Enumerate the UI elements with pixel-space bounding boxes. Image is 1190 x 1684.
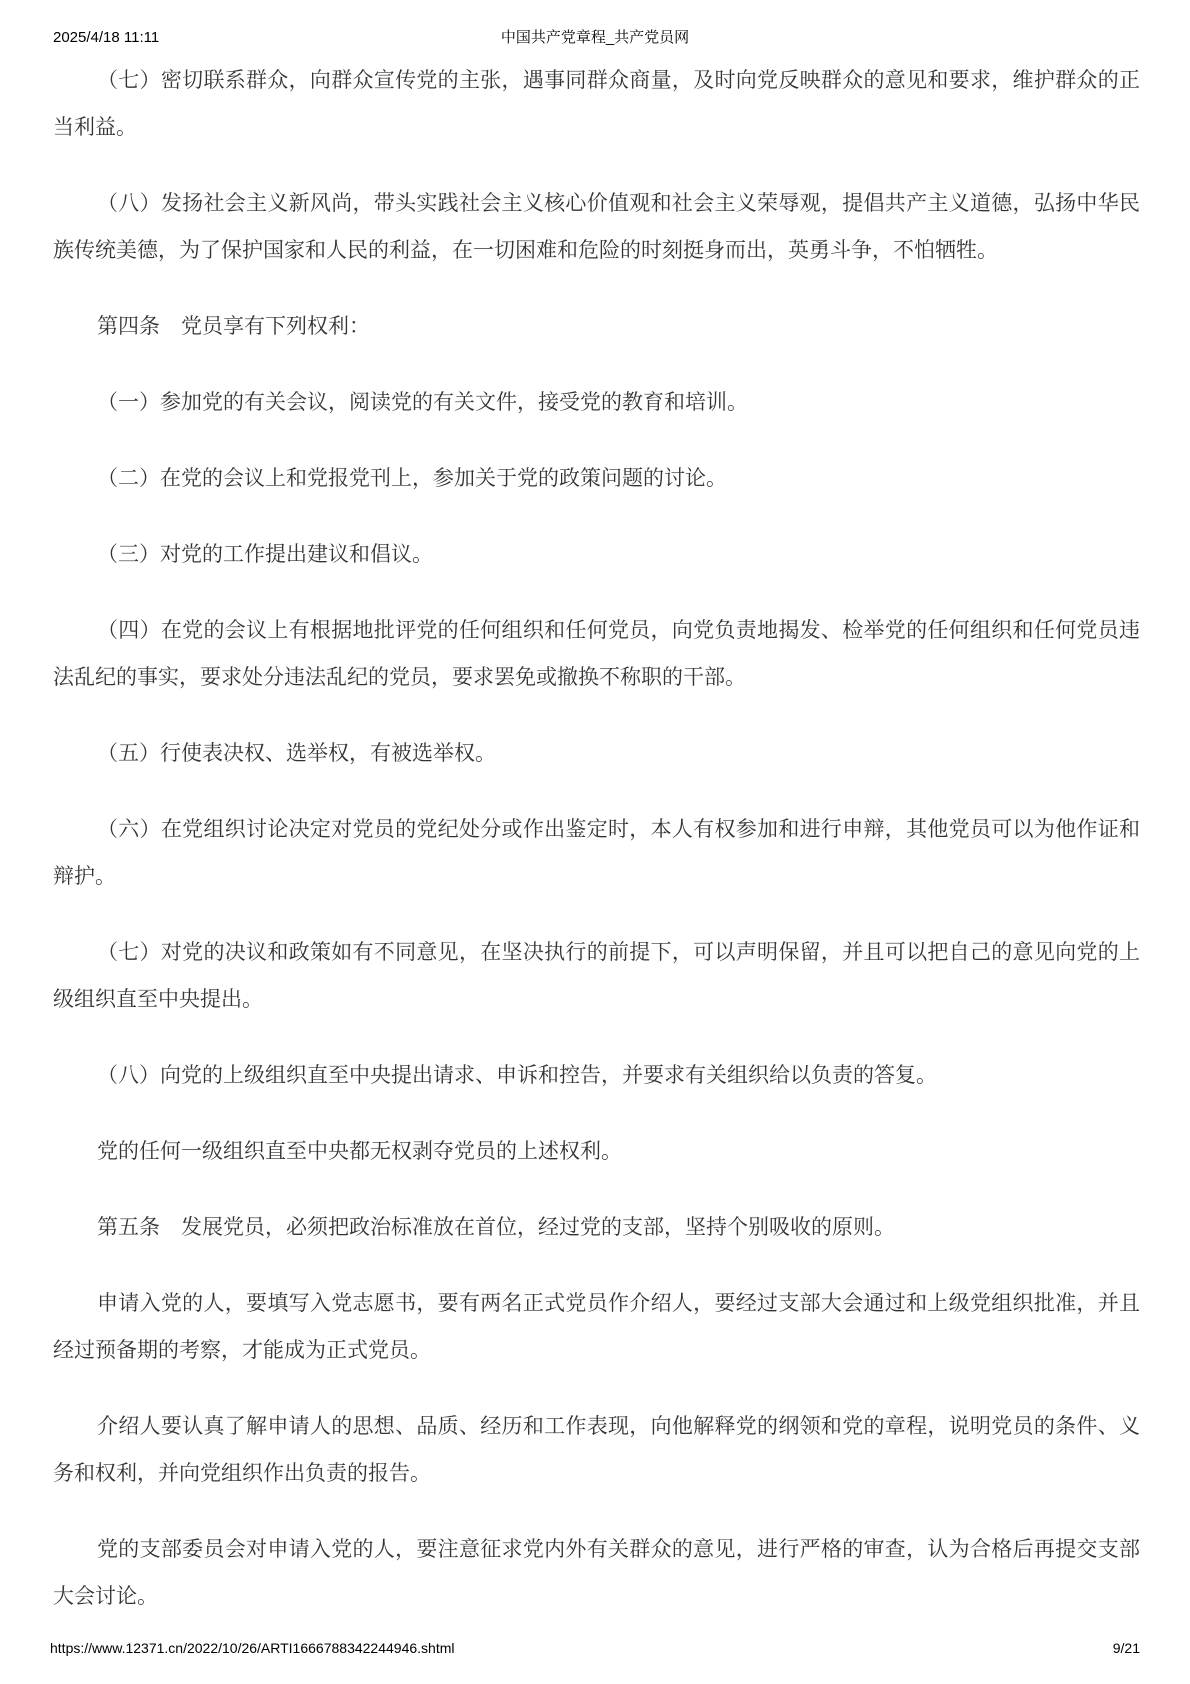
source-url: https://www.12371.cn/2022/10/26/ARTI1666… bbox=[50, 1638, 454, 1658]
document-paragraph: 申请入党的人，要填写入党志愿书，要有两名正式党员作介绍人，要经过支部大会通过和上… bbox=[53, 1280, 1140, 1374]
print-header: 2025/4/18 11:11 中国共产党章程_共产党员网 bbox=[50, 28, 1140, 48]
document-paragraph: 第五条 发展党员，必须把政治标准放在首位，经过党的支部，坚持个别吸收的原则。 bbox=[53, 1204, 1140, 1251]
document-paragraph: 党的任何一级组织直至中央都无权剥夺党员的上述权利。 bbox=[53, 1128, 1140, 1175]
document-paragraph: （八）向党的上级组织直至中央提出请求、申诉和控告，并要求有关组织给以负责的答复。 bbox=[53, 1052, 1140, 1099]
document-paragraph: （五）行使表决权、选举权，有被选举权。 bbox=[53, 730, 1140, 777]
document-paragraph: （七）对党的决议和政策如有不同意见，在坚决执行的前提下，可以声明保留，并且可以把… bbox=[53, 929, 1140, 1023]
document-paragraph: （三）对党的工作提出建议和倡议。 bbox=[53, 531, 1140, 578]
document-paragraph: 党的支部委员会对申请入党的人，要注意征求党内外有关群众的意见，进行严格的审查，认… bbox=[53, 1526, 1140, 1620]
print-footer: https://www.12371.cn/2022/10/26/ARTI1666… bbox=[50, 1638, 1140, 1658]
printed-document-page: { "header": { "datetime": "2025/4/18 11:… bbox=[0, 0, 1190, 1684]
document-paragraph: （七）密切联系群众，向群众宣传党的主张，遇事同群众商量，及时向党反映群众的意见和… bbox=[53, 57, 1140, 151]
document-paragraph: （四）在党的会议上有根据地批评党的任何组织和任何党员，向党负责地揭发、检举党的任… bbox=[53, 607, 1140, 701]
document-paragraph: 介绍人要认真了解申请人的思想、品质、经历和工作表现，向他解释党的纲领和党的章程，… bbox=[53, 1403, 1140, 1497]
document-paragraph: （六）在党组织讨论决定对党员的党纪处分或作出鉴定时，本人有权参加和进行申辩，其他… bbox=[53, 806, 1140, 900]
document-paragraph: 第四条 党员享有下列权利： bbox=[53, 303, 1140, 350]
document-paragraph: （八）发扬社会主义新风尚，带头实践社会主义核心价值观和社会主义荣辱观，提倡共产主… bbox=[53, 180, 1140, 274]
document-body: （七）密切联系群众，向群众宣传党的主张，遇事同群众商量，及时向党反映群众的意见和… bbox=[53, 57, 1140, 1649]
document-paragraph: （二）在党的会议上和党报党刊上，参加关于党的政策问题的讨论。 bbox=[53, 455, 1140, 502]
document-paragraph: （一）参加党的有关会议，阅读党的有关文件，接受党的教育和培训。 bbox=[53, 379, 1140, 426]
page-title: 中国共产党章程_共产党员网 bbox=[50, 28, 1140, 48]
page-number: 9/21 bbox=[1113, 1638, 1140, 1658]
